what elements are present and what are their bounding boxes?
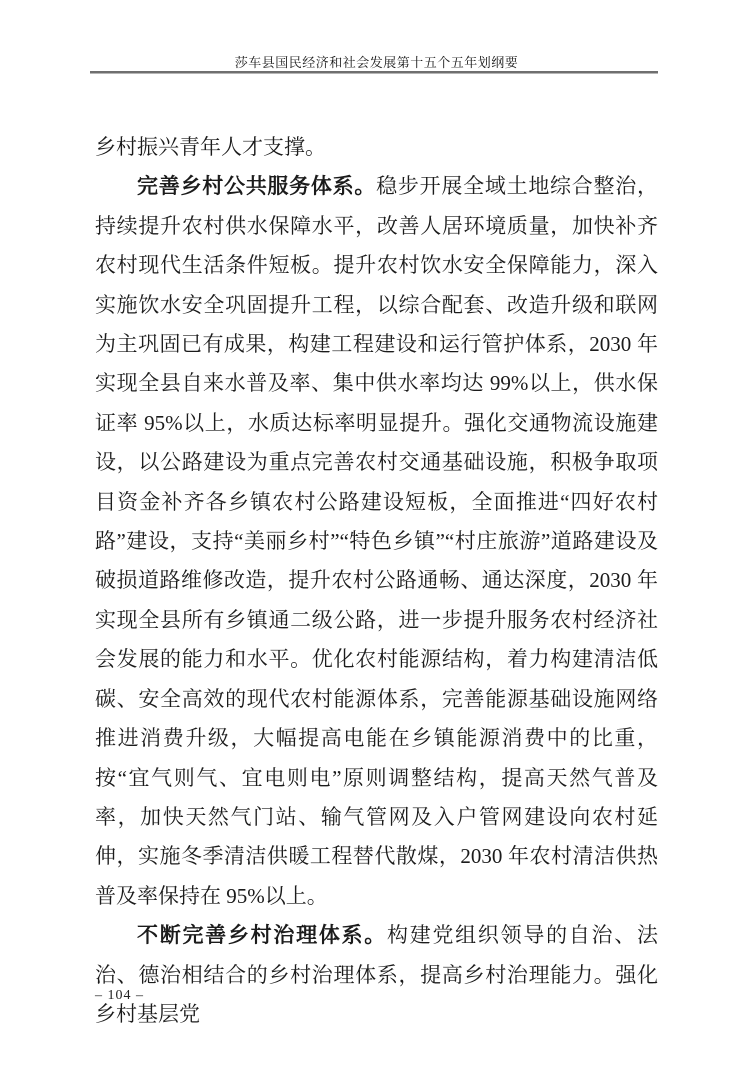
paragraph: 完善乡村公共服务体系。稳步开展全域土地综合整治，持续提升农村供水保障水平，改善人…: [95, 167, 658, 916]
document-body: 乡村振兴青年人才支撑。 完善乡村公共服务体系。稳步开展全域土地综合整治，持续提升…: [95, 128, 658, 1034]
header-rule: [90, 71, 658, 74]
paragraph: 不断完善乡村治理体系。构建党组织领导的自治、法治、德治相结合的乡村治理体系，提高…: [95, 916, 658, 1034]
paragraph-lead: 完善乡村公共服务体系。: [137, 174, 376, 198]
paragraph-text: 乡村振兴青年人才支撑。: [95, 135, 326, 159]
document-page: 莎车县国民经济和社会发展第十五个五年划纲要 乡村振兴青年人才支撑。 完善乡村公共…: [0, 0, 753, 1066]
paragraph: 乡村振兴青年人才支撑。: [95, 128, 658, 167]
paragraph-text: 稳步开展全域土地综合整治，持续提升农村供水保障水平，改善人居环境质量，加快补齐农…: [95, 174, 658, 907]
page-footer: – 104 –: [95, 988, 144, 1004]
paragraph-lead: 不断完善乡村治理体系。: [137, 923, 387, 947]
page-number: – 104 –: [95, 988, 144, 1003]
header-title: 莎车县国民经济和社会发展第十五个五年划纲要: [0, 52, 753, 71]
